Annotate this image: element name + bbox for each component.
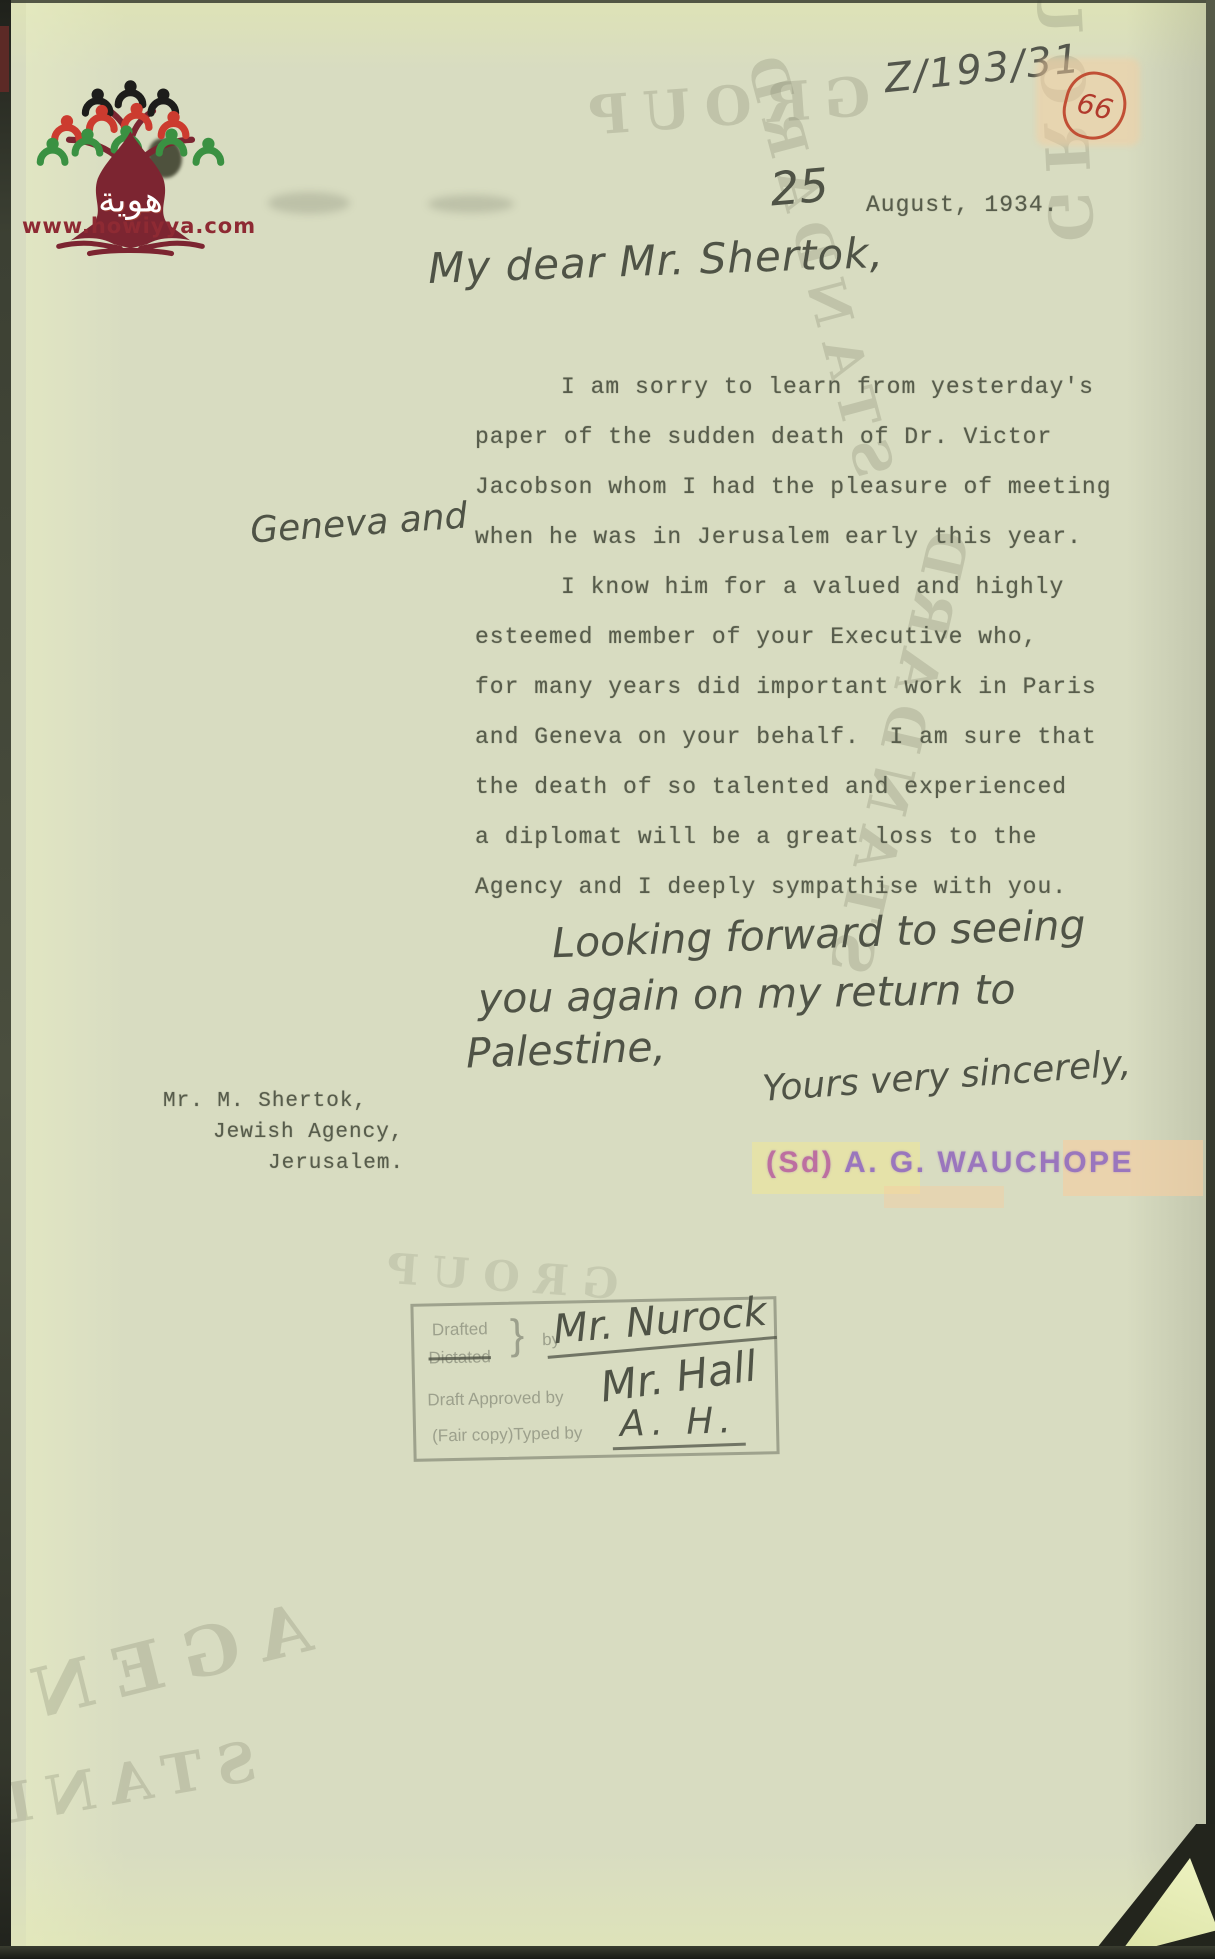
page-edge-top [0, 0, 1215, 3]
erased-smudge [268, 192, 350, 214]
page-edge-left [0, 0, 11, 1959]
paper-tint [1126, 0, 1206, 1959]
bleedthrough-text: GROUP [573, 64, 872, 148]
scanned-letter-page: GROUP GROUP STANDARD STANDARD AGENTS STA… [0, 0, 1215, 1959]
logo-url: www.howiyya.com [22, 214, 237, 238]
page-edge-mark [0, 26, 9, 92]
body-line: and Geneva on your behalf. I am sure tha… [475, 712, 1112, 762]
bleedthrough-text: GROUP [372, 1243, 620, 1309]
highlight-patch [884, 1186, 1004, 1208]
valediction: Yours very sincerely, [761, 1043, 1132, 1110]
marginal-note: Geneva and [249, 495, 469, 551]
address-line: Jewish Agency, [163, 1117, 404, 1148]
signature-name: A. G. WAUCHOPE [834, 1146, 1134, 1179]
address-line: Mr. M. Shertok, [163, 1086, 404, 1117]
closing-line: you again on my return to [478, 965, 1016, 1022]
body-line: when he was in Jerusalem early this year… [475, 512, 1112, 562]
brace-glyph: } [510, 1310, 525, 1358]
date-day-handwritten: 25 [768, 158, 831, 217]
typed-by-value: A. H. [611, 1400, 745, 1446]
date-line: August, 1934. [866, 192, 1058, 218]
body-line: for many years did important work in Par… [475, 662, 1112, 712]
body-line: I know him for a valued and highly [475, 562, 1112, 612]
body-line: Jacobson whom I had the pleasure of meet… [475, 462, 1112, 512]
body-line: the death of so talented and experienced [475, 762, 1112, 812]
body-line: paper of the sudden death of Dr. Victor [475, 412, 1112, 462]
approved-label: Draft Approved by [427, 1388, 563, 1411]
body-line: I am sorry to learn from yesterday's [475, 362, 1112, 412]
drafted-label: Drafted [432, 1319, 488, 1340]
page-edge-bottom [0, 1946, 1215, 1959]
signature-stamp: (Sd) A. G. WAUCHOPE [766, 1146, 1134, 1180]
signature-prefix: (Sd) [766, 1146, 834, 1179]
recipient-address: Mr. M. Shertok, Jewish Agency, Jerusalem… [163, 1086, 404, 1179]
address-line: Jerusalem. [163, 1148, 404, 1179]
body-line: esteemed member of your Executive who, [475, 612, 1112, 662]
dictated-label: Dictated [428, 1347, 491, 1368]
page-edge-right [1206, 0, 1215, 1959]
typed-label: (Fair copy)Typed by [432, 1423, 583, 1446]
letter-body: I am sorry to learn from yesterday's pap… [475, 362, 1112, 912]
closing-line: Palestine, [465, 1023, 666, 1078]
erased-smudge [428, 195, 514, 213]
paper-tint [0, 1849, 1215, 1959]
body-line: a diplomat will be a great loss to the [475, 812, 1112, 862]
